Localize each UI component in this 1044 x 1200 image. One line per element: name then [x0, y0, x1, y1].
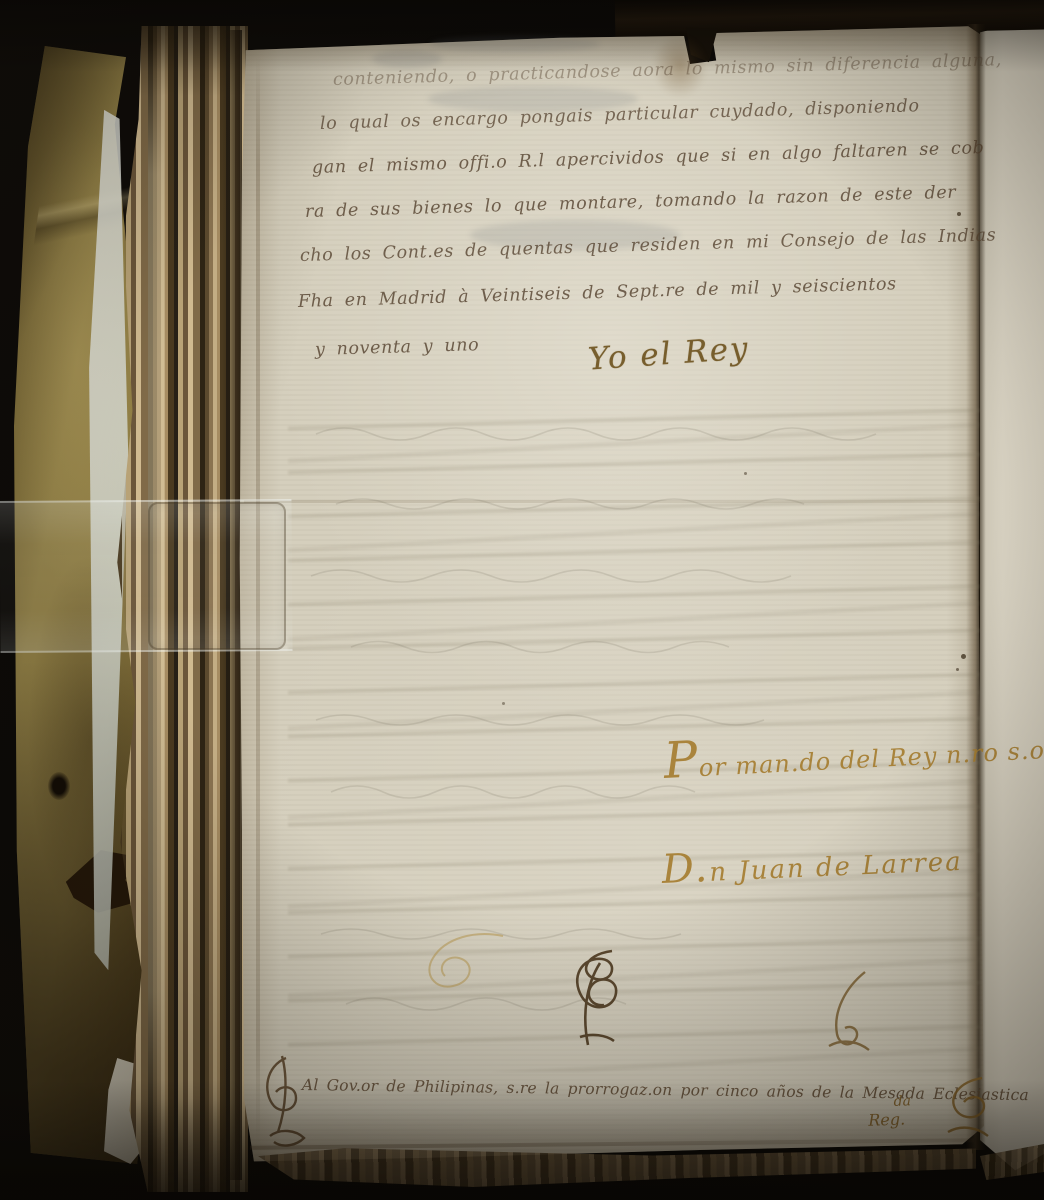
registration-note-word: Reg. — [868, 1109, 912, 1130]
ink-offset-smudge — [430, 36, 600, 52]
vellum-hole — [48, 772, 70, 800]
manuscript-photo: conteniendo, o practicandose aora lo mis… — [0, 0, 1044, 1200]
facing-page-strip — [980, 16, 1044, 1182]
ink-offset-smudge — [372, 50, 442, 68]
rubric-flourish-icon — [815, 968, 875, 1053]
plastic-strip-end-outline — [148, 502, 286, 650]
docket-left-rubric-icon — [252, 1048, 324, 1156]
rubric-flourish-icon — [415, 928, 510, 1013]
ink-speck — [957, 212, 961, 216]
docket-end-rubric-icon — [938, 1072, 994, 1148]
rubric-knot-icon — [552, 945, 637, 1050]
registration-note: da Reg. — [867, 1093, 912, 1129]
registration-note-superscript: da — [893, 1093, 911, 1110]
